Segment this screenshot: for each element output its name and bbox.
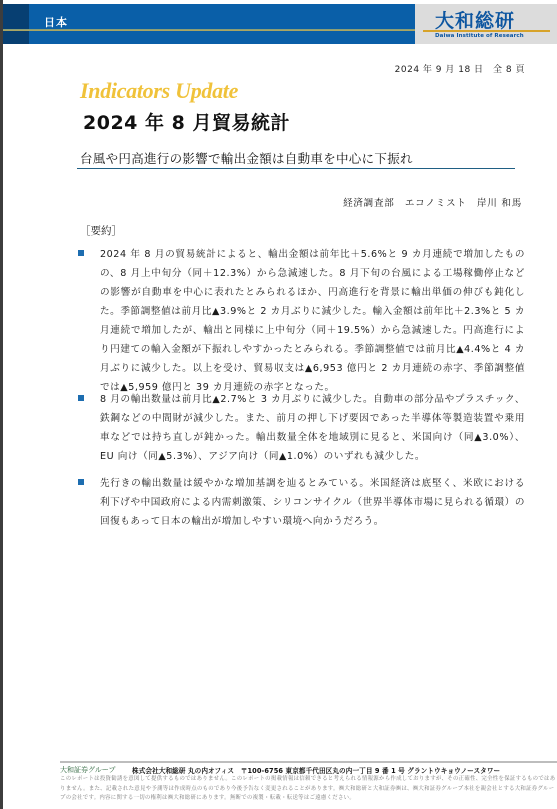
region-label: 日本 — [44, 14, 68, 30]
viewer-left-edge — [0, 0, 3, 809]
summary-bullet: 先行きの輸出数量は緩やかな増加基調を辿るとみている。米国経済は底堅く、米欧におけ… — [78, 474, 528, 531]
logo-underline — [423, 30, 550, 32]
square-bullet-icon — [78, 479, 84, 485]
summary-bullet-text: 2024 年 8 月の貿易統計によると、輸出金額は前年比＋5.6%と 9 カ月連… — [100, 245, 525, 397]
footer-disclaimer: このレポートは投資勧誘を意図して提供するものではありません。このレポートの掲載情… — [60, 775, 557, 804]
page-title: 2024 年 8 月貿易統計 — [83, 108, 290, 135]
square-bullet-icon — [78, 250, 84, 256]
footer-group-name: 大和証券グループ — [60, 765, 115, 775]
logo-english: Daiwa Institute of Research — [435, 33, 524, 39]
subtitle-divider — [77, 168, 515, 169]
footer-divider — [60, 761, 557, 763]
summary-bullet: 2024 年 8 月の貿易統計によると、輸出金額は前年比＋5.6%と 9 カ月連… — [78, 245, 528, 397]
logo-japanese: 大和総研 — [435, 6, 515, 33]
series-title: Indicators Update — [80, 78, 238, 104]
summary-bullet-text: 先行きの輸出数量は緩やかな増加基調を辿るとみている。米国経済は底堅く、米欧におけ… — [100, 474, 525, 531]
author-byline: 経済調査部 エコノミスト 岸川 和馬 — [343, 195, 522, 209]
square-bullet-icon — [78, 395, 84, 401]
summary-bullet-text: 8 月の輸出数量は前月比▲2.7%と 3 カ月ぶりに減少した。自動車の部分品やプ… — [100, 390, 525, 466]
company-logo: 大和総研 Daiwa Institute of Research — [415, 4, 557, 44]
summary-heading: ［要約］ — [80, 223, 122, 238]
footer-company-address: 株式会社大和総研 丸の内オフィス 〒100-6756 東京都千代田区丸の内一丁目… — [132, 765, 500, 775]
report-subtitle: 台風や円高進行の影響で輸出金額は自動車を中心に下振れ — [80, 149, 413, 167]
summary-bullet: 8 月の輸出数量は前月比▲2.7%と 3 カ月ぶりに減少した。自動車の部分品やプ… — [78, 390, 528, 466]
date-and-page-count: 2024 年 9 月 18 日 全 8 頁 — [395, 62, 525, 75]
header-dark-block — [3, 4, 29, 44]
